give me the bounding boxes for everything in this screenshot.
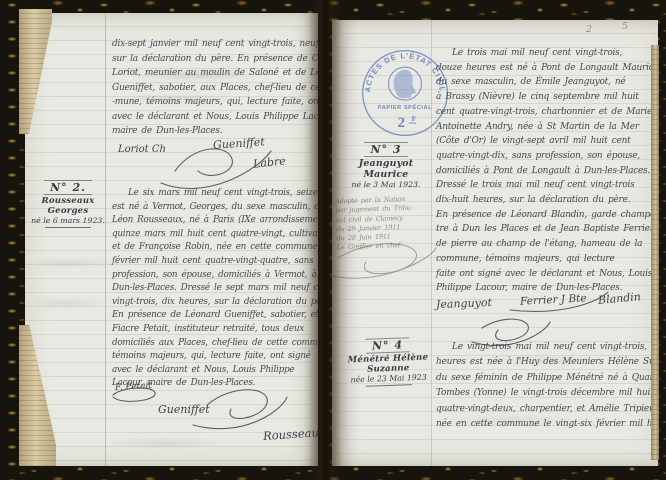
handwritten-line: dix-huit heures, sur la déclaration du p… [436, 193, 656, 208]
stamp-value: 2 [397, 115, 405, 131]
handwritten-line: dix-sept janvier mil neuf cent vingt-tro… [112, 37, 318, 52]
handwritten-line: du sexe masculin, de Émile Jeanguyot, né [436, 75, 656, 90]
handwritten-line: domiciliés aux Places, chef-lieu de cett… [112, 337, 318, 351]
handwritten-line: Dressé le trois mai mil neuf cent vingt-… [436, 178, 656, 193]
page-edge-stack-right [651, 45, 659, 460]
stamp-value-sup: F [412, 114, 417, 123]
handwritten-line: quatre-vingt-deux, charpentier, et Améli… [436, 402, 656, 417]
act2-number: N° 2. [44, 180, 92, 195]
handwritten-line: -mune, témoins majeurs, qui, lecture fai… [112, 95, 318, 110]
handwritten-line: domiciliés à Pont de Longault à Dun-les-… [436, 164, 656, 179]
handwritten-line: Le trois mai mil neuf cent vingt-trois, [436, 46, 656, 61]
civil-register-book-scan: dix-sept janvier mil neuf cent vingt-tro… [0, 0, 666, 480]
right-page: 2 5 ACTES DE L'ÉTAT CIVIL PAPIER SPÉCIAL… [332, 20, 658, 466]
act4-number: N° 4 [366, 337, 410, 353]
handwritten-line: Léon Rousseaux, né à Paris (IXe arrondis… [112, 214, 318, 228]
handwritten-line: quinze mars mil huit cent quatre-vingt, … [112, 228, 318, 242]
handwritten-line: Le Greffier en chef [337, 241, 414, 253]
handwritten-line: cent quatre-vingt-trois, charbonnier et … [436, 105, 656, 120]
handwritten-line: Antoinette Andry, née à St Martin de la … [436, 120, 656, 135]
act3-date: né le 3 Mai 1923. [338, 180, 434, 189]
signature-ferrier: Ferrier J Bte [520, 292, 587, 307]
signature-gueniffet-1: Gueniffet [213, 135, 265, 152]
act3-text: Le trois mai mil neuf cent vingt-trois,d… [436, 46, 656, 296]
pencil-mark-right: 5 [622, 21, 628, 32]
handwritten-line: avec le déclarant et Nous, Louis Philipp… [112, 364, 318, 378]
handwritten-line: Fiacre Petait, instituteur retraité, tou… [112, 323, 318, 337]
left-page-margin-rule [105, 13, 106, 466]
handwritten-line: quatre-vingt-dix, sans profession, son é… [436, 149, 656, 164]
handwritten-line: commune, témoins majeurs, qui lecture [436, 252, 656, 267]
act2-underline [45, 227, 91, 228]
handwritten-line: Dun-les-Places. Dressé le sept mars mil … [112, 282, 318, 296]
handwritten-line: née en cette commune le vingt-six févrie… [436, 417, 656, 432]
signature-blandin: Blandin [598, 290, 642, 307]
act2-margin-annotation: N° 2. Rousseaux Georges né le 6 mars 192… [27, 176, 109, 228]
handwritten-line: de pierre au champ de l'étang, hameau de… [436, 237, 656, 252]
handwritten-line: avec le déclarant et Nous, Louis Philipp… [112, 110, 318, 125]
left-page: dix-sept janvier mil neuf cent vingt-tro… [25, 13, 318, 466]
signature-petait: F. Petait [115, 381, 153, 393]
pencil-mark-left: 2 [586, 24, 592, 35]
act2-text: Le six mars mil neuf cent vingt-trois, s… [112, 187, 318, 391]
act3-name: Jeanguyot Maurice [338, 158, 434, 180]
act3-marginal-mention: Adopté par la Nationpar jugement du Trib… [335, 195, 414, 253]
handwritten-line: est né à Vermot, Georges, du sexe mascul… [112, 201, 318, 215]
handwritten-line: profession, son épouse, domiciliés à Ver… [112, 269, 318, 283]
handwritten-line: témoins majeurs, qui, lecture faite, ont… [112, 350, 318, 364]
handwritten-line: En présence de Léonard Gueniffet, saboti… [112, 309, 318, 323]
handwritten-line: Tombes (Yonne) le vingt-trois décembre m… [436, 386, 656, 401]
act3-number: N° 3 [364, 142, 407, 157]
act2-date: né le 6 mars 1923. [27, 216, 109, 225]
signature-loriot: Loriot Ch [118, 144, 166, 155]
handwritten-line: Gueniffet, sabotier, aux Places, chef-li… [112, 81, 318, 96]
act4-margin-annotation: N° 4 Ménétré Hélène Suzanne née le 23 Ma… [335, 332, 441, 388]
handwritten-line: février mil huit cent quatre-vingt-quatr… [112, 255, 318, 269]
handwritten-line: du sexe féminin de Philippe Ménétré né à… [436, 371, 656, 386]
handwritten-line: et de Françoise Robin, née en cette comm… [112, 241, 318, 255]
act2-name: Rousseaux Georges [27, 196, 109, 216]
handwritten-line: douze heures est né à Pont de Longault M… [436, 61, 656, 76]
act3-margin-annotation: N° 3 Jeanguyot Maurice né le 3 Mai 1923. [338, 138, 434, 189]
signature-labre: Labre [252, 154, 286, 170]
handwritten-line: Le vingt-trois mai mil neuf cent vingt-t… [436, 340, 656, 355]
signature-rousseaux: Rousseaux [263, 425, 318, 443]
handwritten-line: Loriot, meunier au moulin de Saloné et d… [112, 66, 318, 81]
handwritten-line: vingt-trois, dix heures, sur la déclarat… [112, 296, 318, 310]
act4-underline [366, 384, 412, 387]
act4-text: Le vingt-trois mai mil neuf cent vingt-t… [436, 340, 656, 432]
act1-end-text: dix-sept janvier mil neuf cent vingt-tro… [112, 37, 318, 139]
handwritten-line: En présence de Léonard Blandin, garde ch… [436, 208, 656, 223]
handwritten-line: tre à Dun les Places et de Jean Baptiste… [436, 222, 656, 237]
handwritten-line: maire de Dun-les-Places. [112, 124, 318, 139]
handwritten-line: heures est née à l'Huy des Meuniers Hélè… [436, 355, 656, 370]
handwritten-line: (Côte d'Or) le vingt-sept avril mil huit… [436, 134, 656, 149]
handwritten-line: Le six mars mil neuf cent vingt-trois, s… [112, 187, 318, 201]
handwritten-line: à Brassy (Nièvre) le cinq septembre mil … [436, 90, 656, 105]
handwritten-line: sur la déclaration du père. En présence … [112, 52, 318, 67]
marianne-head-icon [394, 70, 417, 99]
signature-gueniffet-2: Gueniffet [158, 403, 210, 416]
stamp-line-text: PAPIER SPÉCIAL [378, 103, 432, 111]
signature-jeanguyot: Jeanguyot [436, 296, 492, 311]
handwritten-line: faite ont signé avec le déclarant et Nou… [436, 267, 656, 282]
